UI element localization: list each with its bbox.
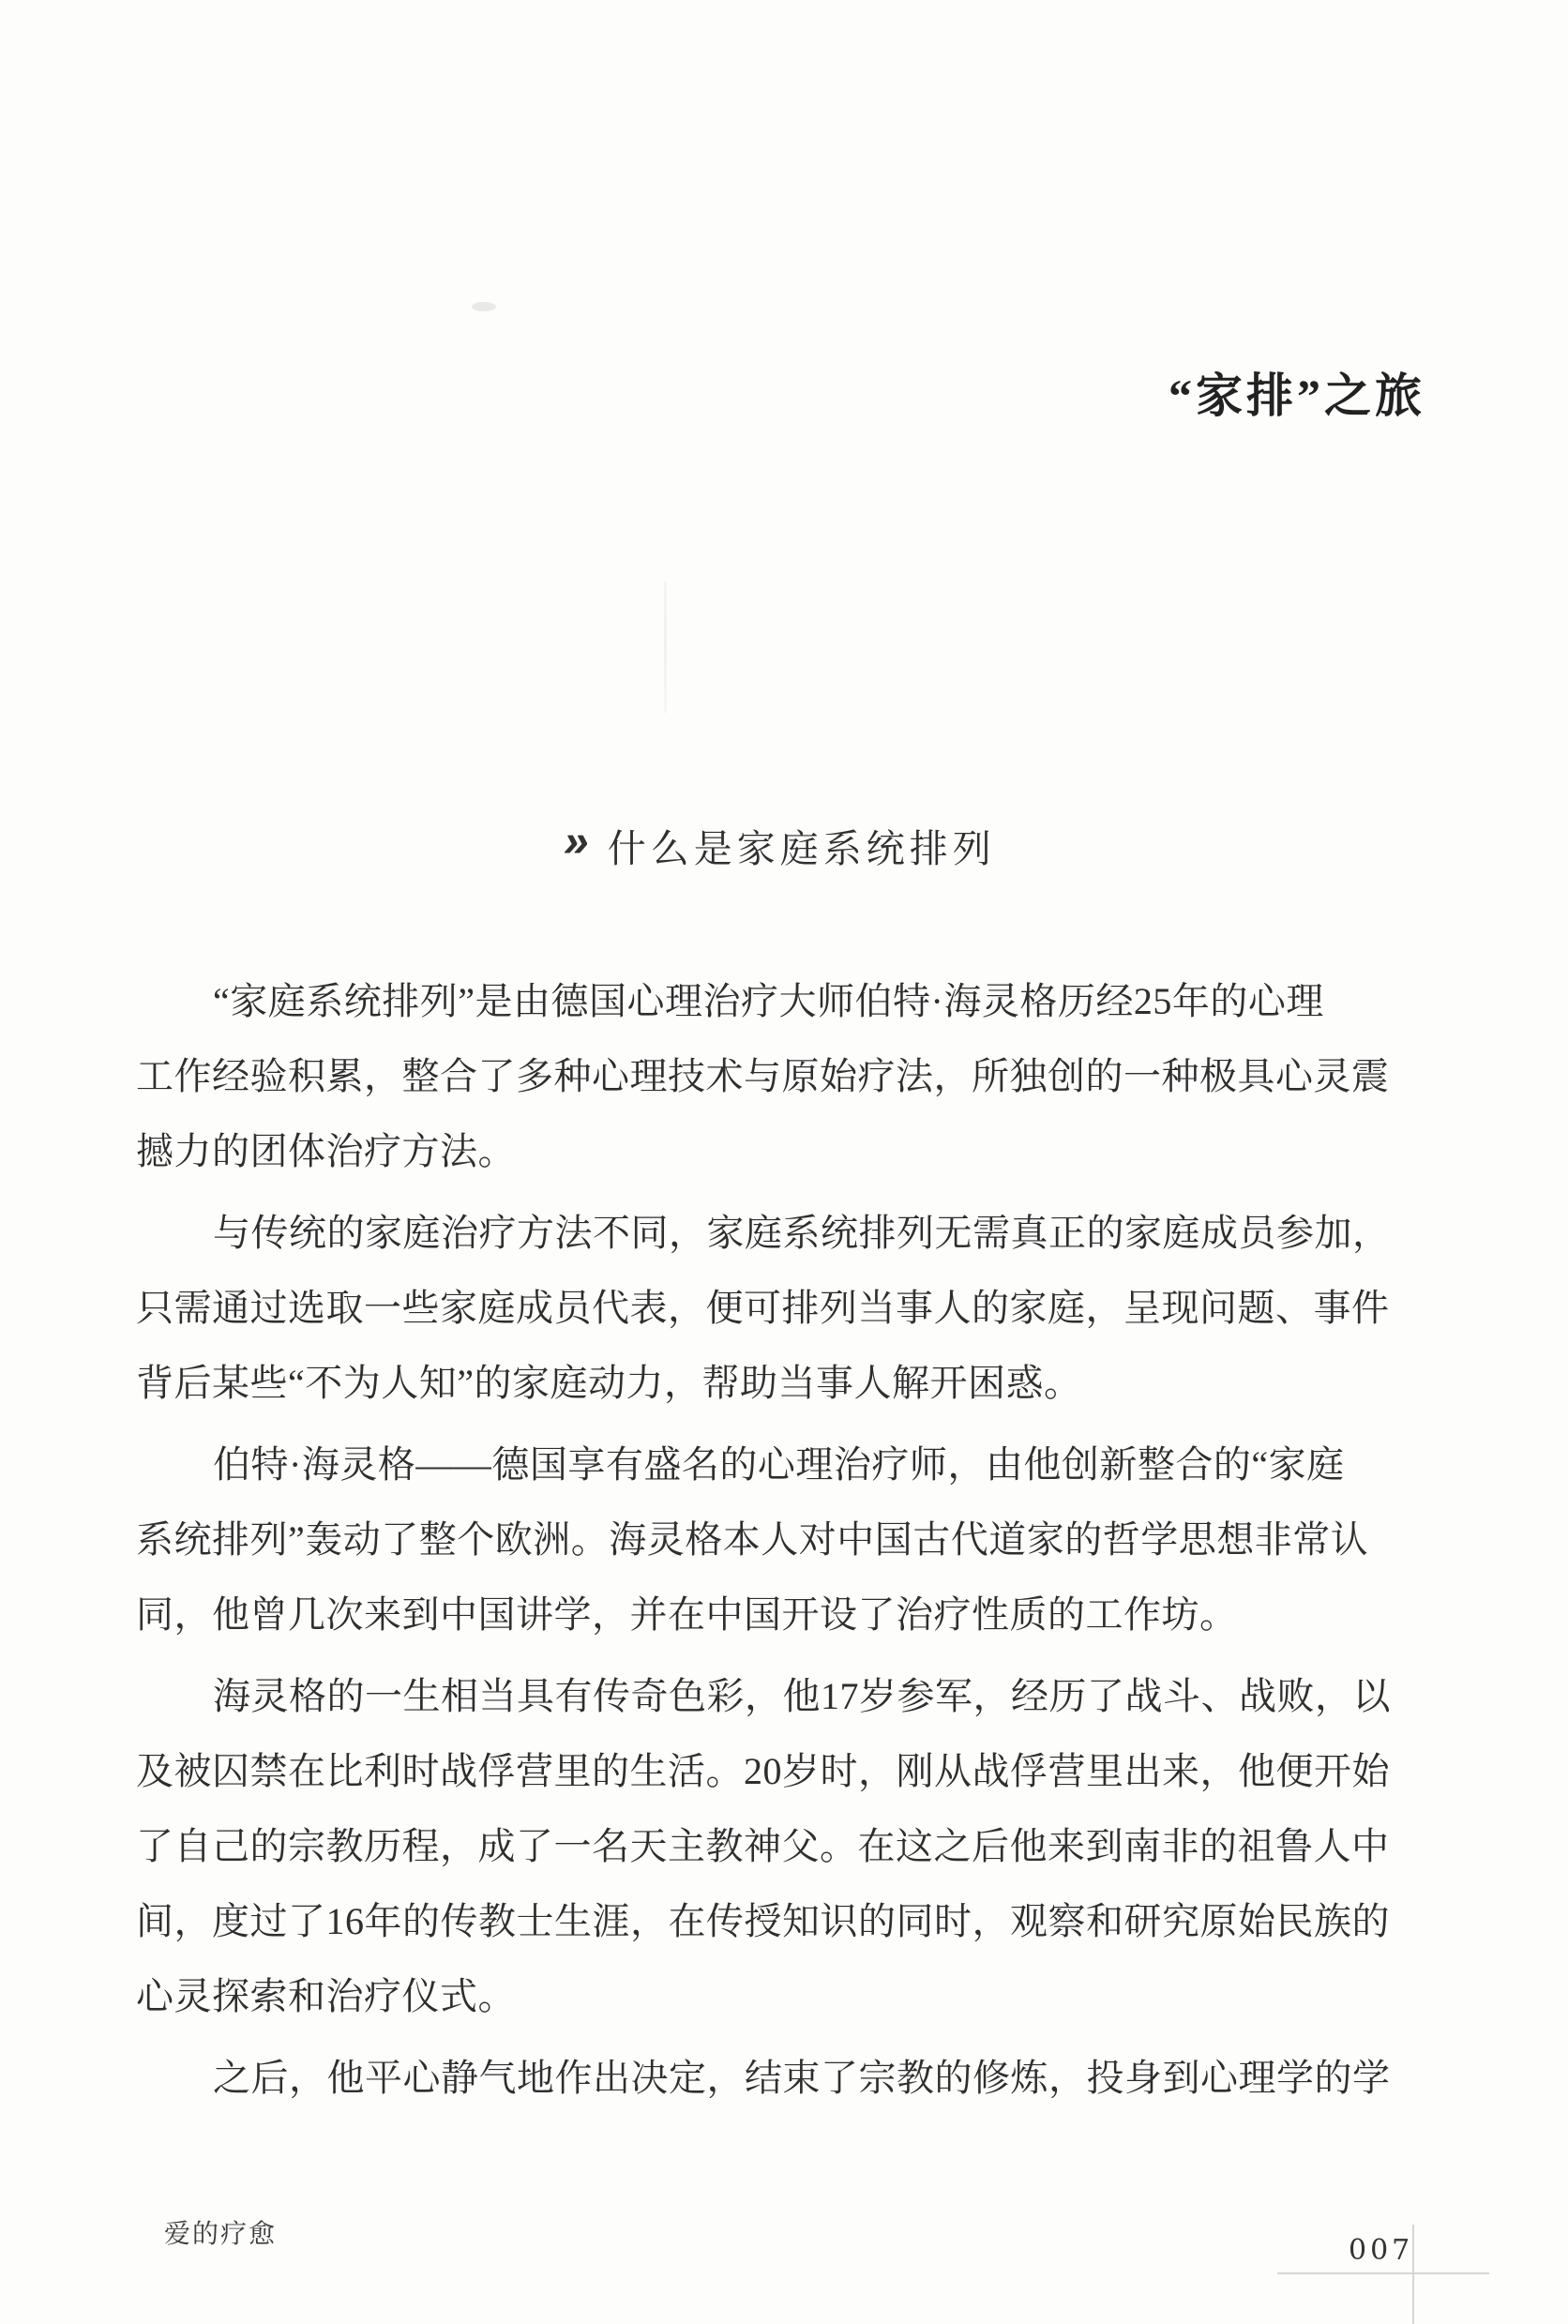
text-line: 只需通过选取一些家庭成员代表，便可排列当事人的家庭，呈现问题、事件 — [136, 1271, 1449, 1346]
text-line: 之后，他平心静气地作出决定，结束了宗教的修炼，投身到心理学的学 — [136, 2041, 1449, 2116]
double-chevron-icon: » — [564, 816, 589, 868]
text-line: 心灵探索和治疗仪式。 — [136, 1959, 1449, 2034]
section-title: 什么是家庭系统排列 — [608, 818, 996, 873]
text-line: 与传统的家庭治疗方法不同，家庭系统排列无需真正的家庭成员参加， — [136, 1196, 1449, 1271]
paragraph: 海灵格的一生相当具有传奇色彩，他17岁参军，经历了战斗、战败，以 及被囚禁在比利… — [136, 1659, 1449, 2034]
crop-mark-vertical — [1412, 2225, 1414, 2324]
paragraph: “家庭系统排列”是由德国心理治疗大师伯特·海灵格历经25年的心理 工作经验积累，… — [136, 964, 1449, 1189]
text-line: 海灵格的一生相当具有传奇色彩，他17岁参军，经历了战斗、战败，以 — [136, 1659, 1449, 1734]
paragraph: 之后，他平心静气地作出决定，结束了宗教的修炼，投身到心理学的学 — [136, 2041, 1449, 2116]
book-page: “家排”之旅 » 什么是家庭系统排列 “家庭系统排列”是由德国心理治疗大师伯特·… — [0, 0, 1568, 2324]
page-number: 007 — [1349, 2234, 1413, 2267]
footer-book-title: 爱的疗愈 — [164, 2213, 277, 2251]
text-line: 伯特·海灵格——德国享有盛名的心理治疗师，由他创新整合的“家庭 — [136, 1427, 1449, 1502]
text-line: 系统排列”轰动了整个欧洲。海灵格本人对中国古代道家的哲学思想非常认 — [136, 1502, 1449, 1577]
text-line: 背后某些“不为人知”的家庭动力，帮助当事人解开困惑。 — [136, 1346, 1449, 1421]
scan-artifact — [664, 581, 667, 713]
text-line: 工作经验积累，整合了多种心理技术与原始疗法，所独创的一种极具心灵震 — [136, 1039, 1449, 1114]
chapter-title: “家排”之旅 — [1168, 358, 1425, 426]
text-line: 同，他曾几次来到中国讲学，并在中国开设了治疗性质的工作坊。 — [136, 1577, 1449, 1652]
crop-mark-horizontal — [1277, 2272, 1489, 2274]
body-text: “家庭系统排列”是由德国心理治疗大师伯特·海灵格历经25年的心理 工作经验积累，… — [136, 964, 1449, 2122]
text-line: 间，度过了16年的传教士生涯，在传授知识的同时，观察和研究原始民族的 — [136, 1884, 1449, 1959]
text-line: 及被囚禁在比利时战俘营里的生活。20岁时，刚从战俘营里出来，他便开始 — [136, 1734, 1449, 1809]
scan-artifact — [472, 302, 496, 311]
paragraph: 与传统的家庭治疗方法不同，家庭系统排列无需真正的家庭成员参加， 只需通过选取一些… — [136, 1196, 1449, 1421]
text-line: “家庭系统排列”是由德国心理治疗大师伯特·海灵格历经25年的心理 — [136, 964, 1449, 1039]
paragraph: 伯特·海灵格——德国享有盛名的心理治疗师，由他创新整合的“家庭 系统排列”轰动了… — [136, 1427, 1449, 1652]
text-line: 撼力的团体治疗方法。 — [136, 1114, 1449, 1189]
section-heading: » 什么是家庭系统排列 — [564, 818, 996, 873]
text-line: 了自己的宗教历程，成了一名天主教神父。在这之后他来到南非的祖鲁人中 — [136, 1809, 1449, 1884]
